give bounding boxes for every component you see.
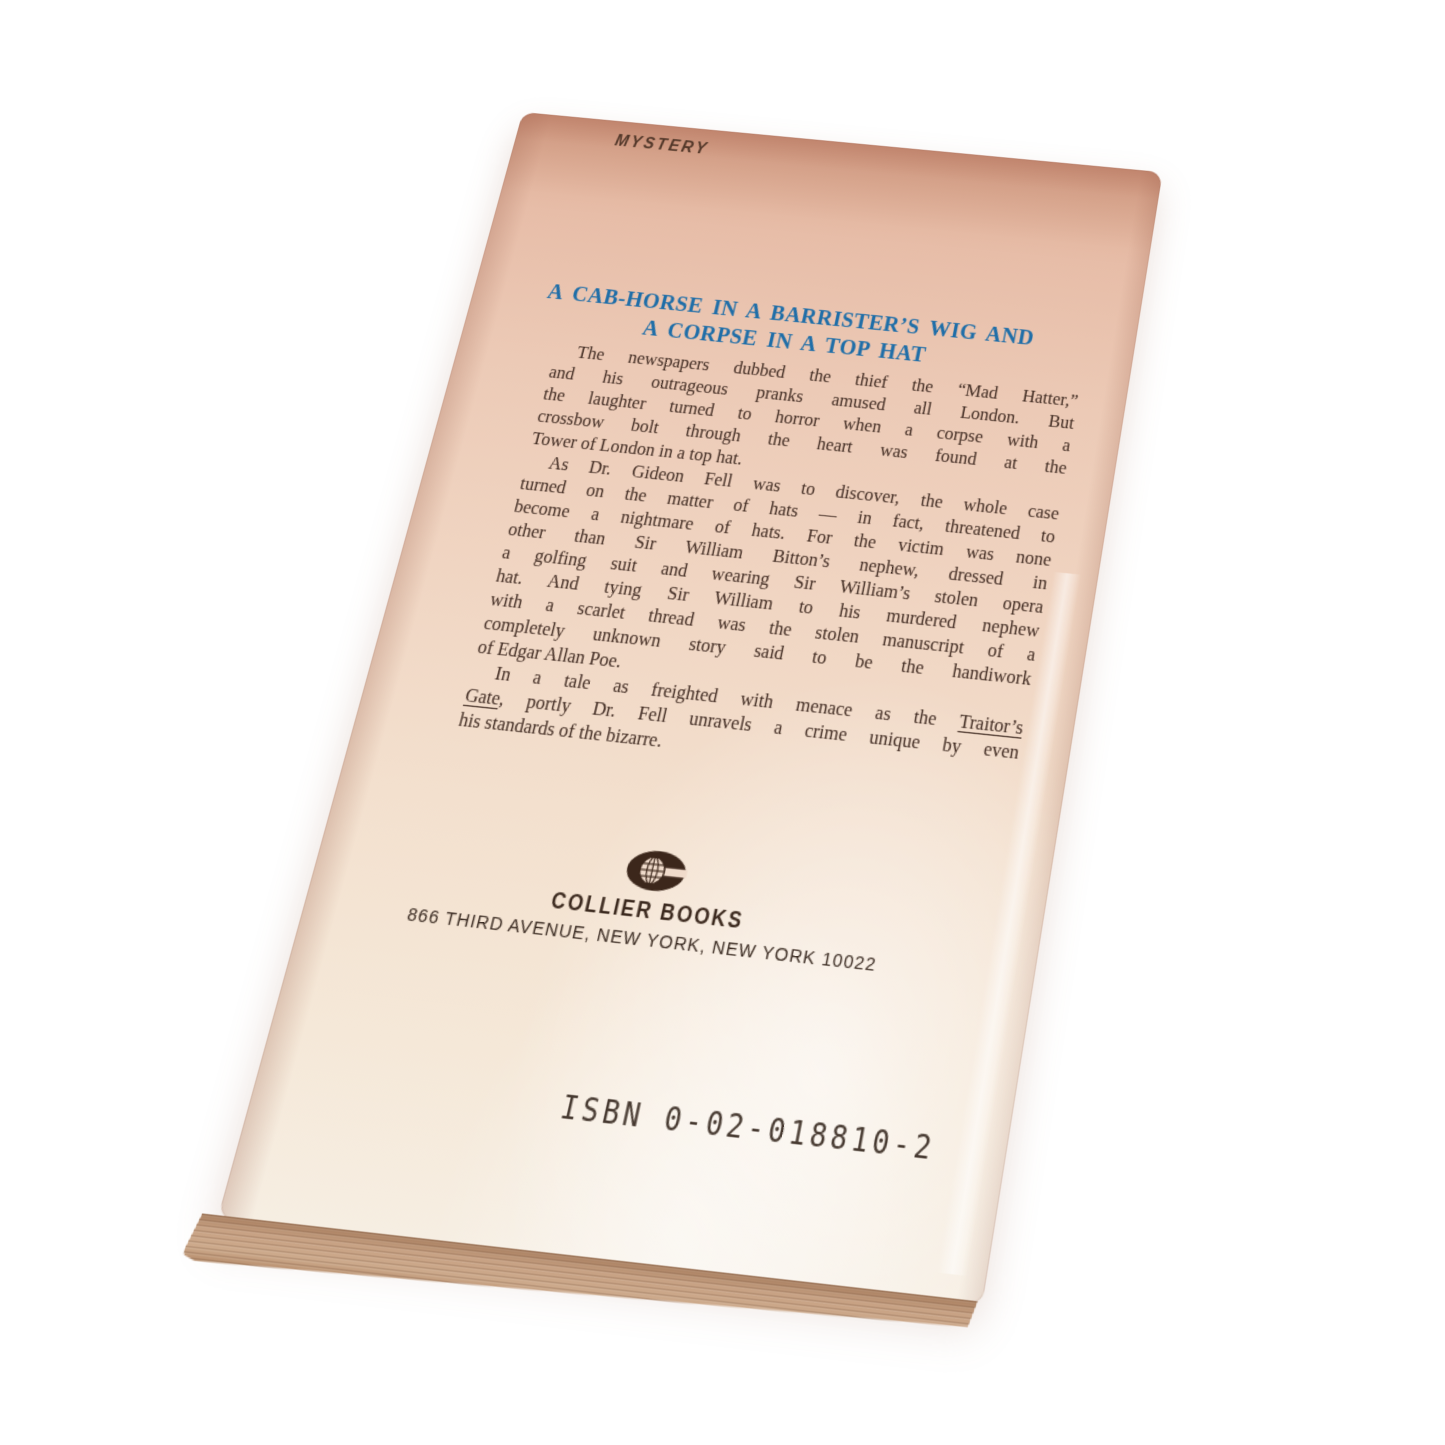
collier-globe-logo-icon: [620, 847, 691, 895]
back-cover-surface: MYSTERY A CAB-HORSE IN A BARRISTER’S WIG…: [218, 112, 1163, 1305]
publisher-block: COLLIER BOOKS 866 THIRD AVENUE, NEW YORK…: [276, 812, 1023, 991]
photo-scene: MYSTERY A CAB-HORSE IN A BARRISTER’S WIG…: [0, 0, 1445, 1445]
genre-label: MYSTERY: [613, 133, 710, 159]
underlined-phrase: Gate: [463, 684, 503, 710]
paperback-back-cover: MYSTERY A CAB-HORSE IN A BARRISTER’S WIG…: [218, 112, 1163, 1305]
blurb-text: The newspapers dubbed the thief the “Mad…: [456, 339, 1080, 790]
isbn-number: ISBN 0-02-018810-2: [557, 1089, 938, 1168]
